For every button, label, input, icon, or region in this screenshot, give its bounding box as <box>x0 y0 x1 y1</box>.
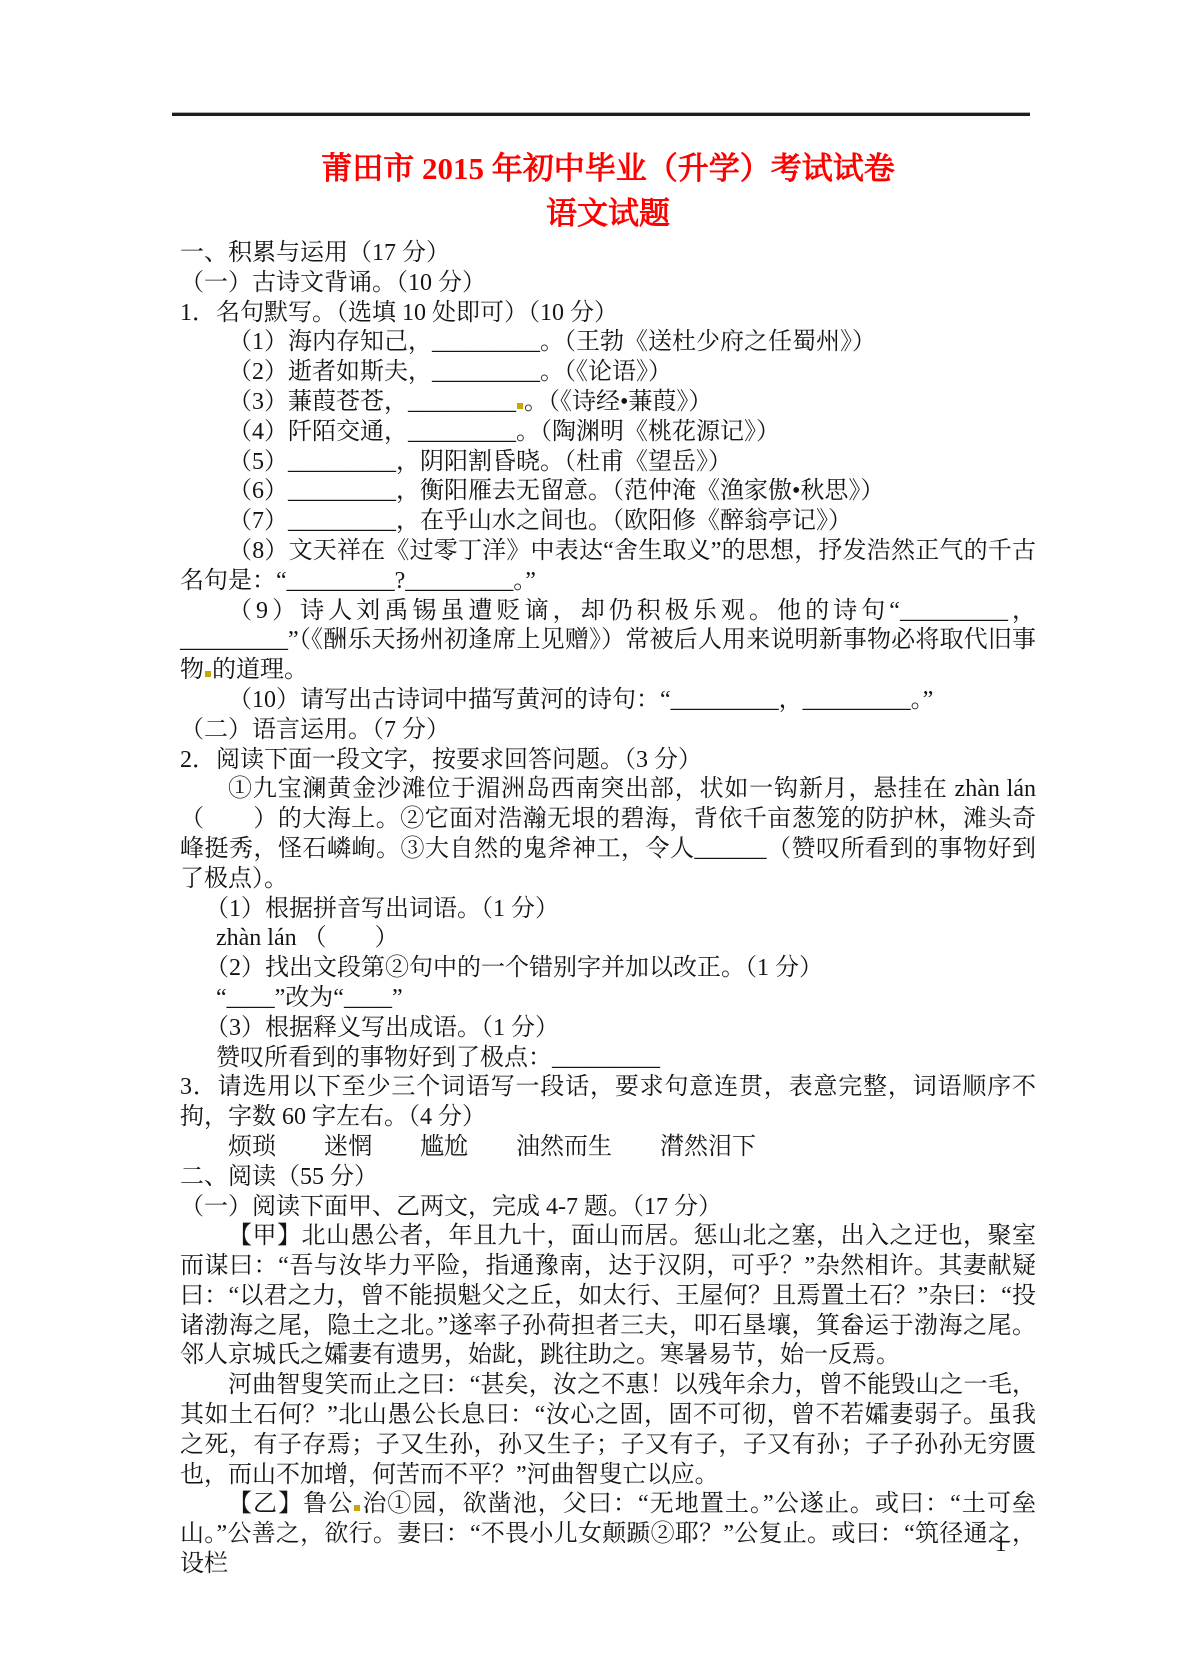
paragraph: 【乙】鲁公治①园，欲凿池，父曰：“无地置土。”公遂止。或曰：“土可垒山。”公善之… <box>180 1490 1036 1579</box>
paragraph: 二、阅读（55 分） <box>180 1163 1036 1193</box>
paragraph: 2．阅读下面一段文字，按要求回答问题。（3 分） <box>180 746 1036 776</box>
paragraph: （3）蒹葭苍苍，_________。（《诗经•蒹葭》） <box>180 388 1036 418</box>
paragraph: （2）逝者如斯夫，_________。（《论语》） <box>180 358 1036 388</box>
paragraph: （一）阅读下面甲、乙两文，完成 4-7 题。（17 分） <box>180 1193 1036 1223</box>
paragraph: （5）_________，阴阳割昏晓。（杜甫《望岳》） <box>180 448 1036 478</box>
paragraph: （7）_________，在乎山水之间也。（欧阳修《醉翁亭记》） <box>180 507 1036 537</box>
paragraph: “____”改为“____” <box>180 984 1036 1014</box>
paragraph: 河曲智叟笑而止之曰：“甚矣，汝之不惠！以残年余力，曾不能毁山之一毛，其如土石何？… <box>180 1371 1036 1490</box>
paragraph: （4）阡陌交通，_________。（陶渊明《桃花源记》） <box>180 418 1036 448</box>
paragraph: zhàn lán （ ） <box>180 924 1036 954</box>
paragraph: 烦琐 迷惘 尴尬 油然而生 潸然泪下 <box>180 1133 1036 1163</box>
header-rule <box>172 112 1030 116</box>
paragraph: （9）诗人刘禹锡虽遭贬谪，却仍积极乐观。他的诗句“_________，_____… <box>180 597 1036 686</box>
paragraph: （2）找出文段第②句中的一个错别字并加以改正。（1 分） <box>180 954 1036 984</box>
proofing-mark <box>517 403 523 409</box>
paragraph: 1．名句默写。（选填 10 处即可）（10 分） <box>180 299 1036 329</box>
paragraph: （8）文天祥在《过零丁洋》中表达“舍生取义”的思想，抒发浩然正气的千古名句是：“… <box>180 537 1036 597</box>
paragraph: （二）语言运用。（7 分） <box>180 716 1036 746</box>
paragraph: （1）海内存知己，_________。（王勃《送杜少府之任蜀州》） <box>180 328 1036 358</box>
exam-body: 一、积累与运用（17 分）（一）古诗文背诵。（10 分）1．名句默写。（选填 1… <box>180 239 1036 1580</box>
paragraph: （1）根据拼音写出词语。（1 分） <box>180 895 1036 925</box>
title-block: 莆田市 2015 年初中毕业（升学）考试试卷 语文试题 <box>180 146 1036 236</box>
paragraph: （一）古诗文背诵。（10 分） <box>180 269 1036 299</box>
page-number: 1 <box>995 1530 1007 1558</box>
paragraph: 一、积累与运用（17 分） <box>180 239 1036 269</box>
paragraph: （10）请写出古诗词中描写黄河的诗句：“_________，_________。… <box>180 686 1036 716</box>
exam-title: 莆田市 2015 年初中毕业（升学）考试试卷 <box>180 146 1036 191</box>
paragraph: 3．请选用以下至少三个词语写一段话，要求句意连贯，表意完整，词语顺序不拘，字数 … <box>180 1073 1036 1133</box>
exam-subtitle: 语文试题 <box>180 191 1036 236</box>
paragraph: 赞叹所看到的事物好到了极点：_________ <box>180 1044 1036 1074</box>
proofing-mark <box>354 1505 360 1511</box>
paragraph: 【甲】北山愚公者，年且九十，面山而居。惩山北之塞，出入之迂也，聚室而谋曰：“吾与… <box>180 1222 1036 1371</box>
paragraph: ①九宝澜黄金沙滩位于湄洲岛西南突出部，状如一钩新月，悬挂在 zhàn lán（ … <box>180 775 1036 894</box>
exam-page: 莆田市 2015 年初中毕业（升学）考试试卷 语文试题 一、积累与运用（17 分… <box>0 0 1200 1665</box>
paragraph: （3）根据释义写出成语。（1 分） <box>180 1014 1036 1044</box>
proofing-mark <box>205 671 211 677</box>
paragraph: （6）_________，衡阳雁去无留意。（范仲淹《渔家傲•秋思》） <box>180 477 1036 507</box>
